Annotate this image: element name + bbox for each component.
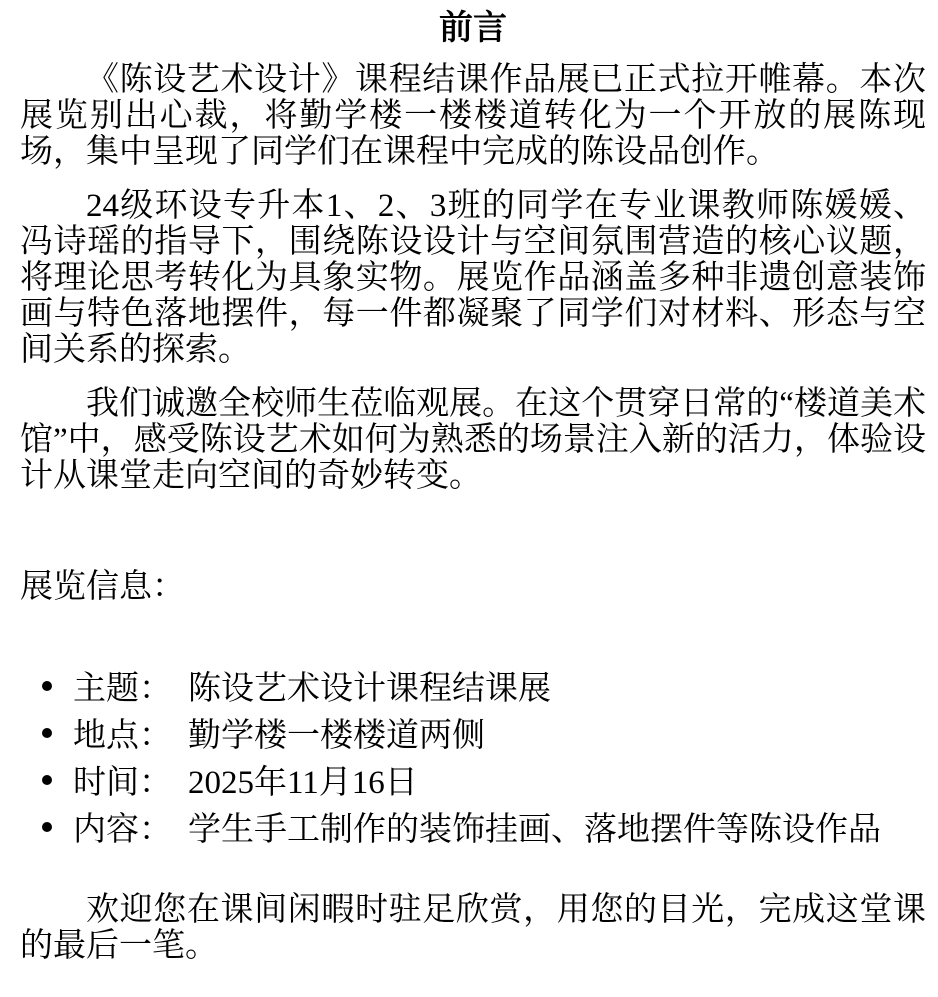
intro-paragraph-1: 《陈设艺术设计》课程结课作品展已正式拉开帷幕。本次展览别出心裁，将勤学楼一楼楼道… <box>20 62 926 170</box>
bullet-dot-icon <box>42 728 52 738</box>
list-item-time: 时间： 2025年11月16日 <box>20 756 926 803</box>
info-value-theme: 陈设艺术设计课程结课展 <box>188 662 551 709</box>
list-item-location: 地点： 勤学楼一楼楼道两侧 <box>20 709 926 756</box>
info-label-theme: 主题： <box>73 662 172 709</box>
list-item-theme: 主题： 陈设艺术设计课程结课展 <box>20 662 926 709</box>
intro-paragraph-2: 24级环设专升本1、2、3班的同学在专业课教师陈媛媛、冯诗瑶的指导下，围绕陈设设… <box>20 188 926 368</box>
exhibition-info-heading: 展览信息： <box>20 569 926 605</box>
info-label-time: 时间： <box>73 756 172 803</box>
info-value-time: 2025年11月16日 <box>188 756 418 803</box>
info-label-content: 内容： <box>73 803 172 850</box>
document-page: 前言 《陈设艺术设计》课程结课作品展已正式拉开帷幕。本次展览别出心裁，将勤学楼一… <box>0 0 938 997</box>
info-value-location: 勤学楼一楼楼道两侧 <box>188 709 485 756</box>
intro-paragraph-3: 我们诚邀全校师生莅临观展。在这个贯穿日常的“楼道美术馆”中，感受陈设艺术如何为熟… <box>20 386 926 494</box>
bullet-dot-icon <box>42 775 52 785</box>
exhibition-info-list: 主题： 陈设艺术设计课程结课展 地点： 勤学楼一楼楼道两侧 时间： 2025年1… <box>20 662 926 850</box>
bullet-dot-icon <box>42 681 52 691</box>
list-item-content: 内容： 学生手工制作的装饰挂画、落地摆件等陈设作品 <box>20 803 926 850</box>
bullet-dot-icon <box>42 822 52 832</box>
info-value-content: 学生手工制作的装饰挂画、落地摆件等陈设作品 <box>188 803 881 850</box>
document-title: 前言 <box>20 10 926 48</box>
info-label-location: 地点： <box>73 709 172 756</box>
closing-paragraph: 欢迎您在课间闲暇时驻足欣赏，用您的目光，完成这堂课的最后一笔。 <box>20 892 926 964</box>
